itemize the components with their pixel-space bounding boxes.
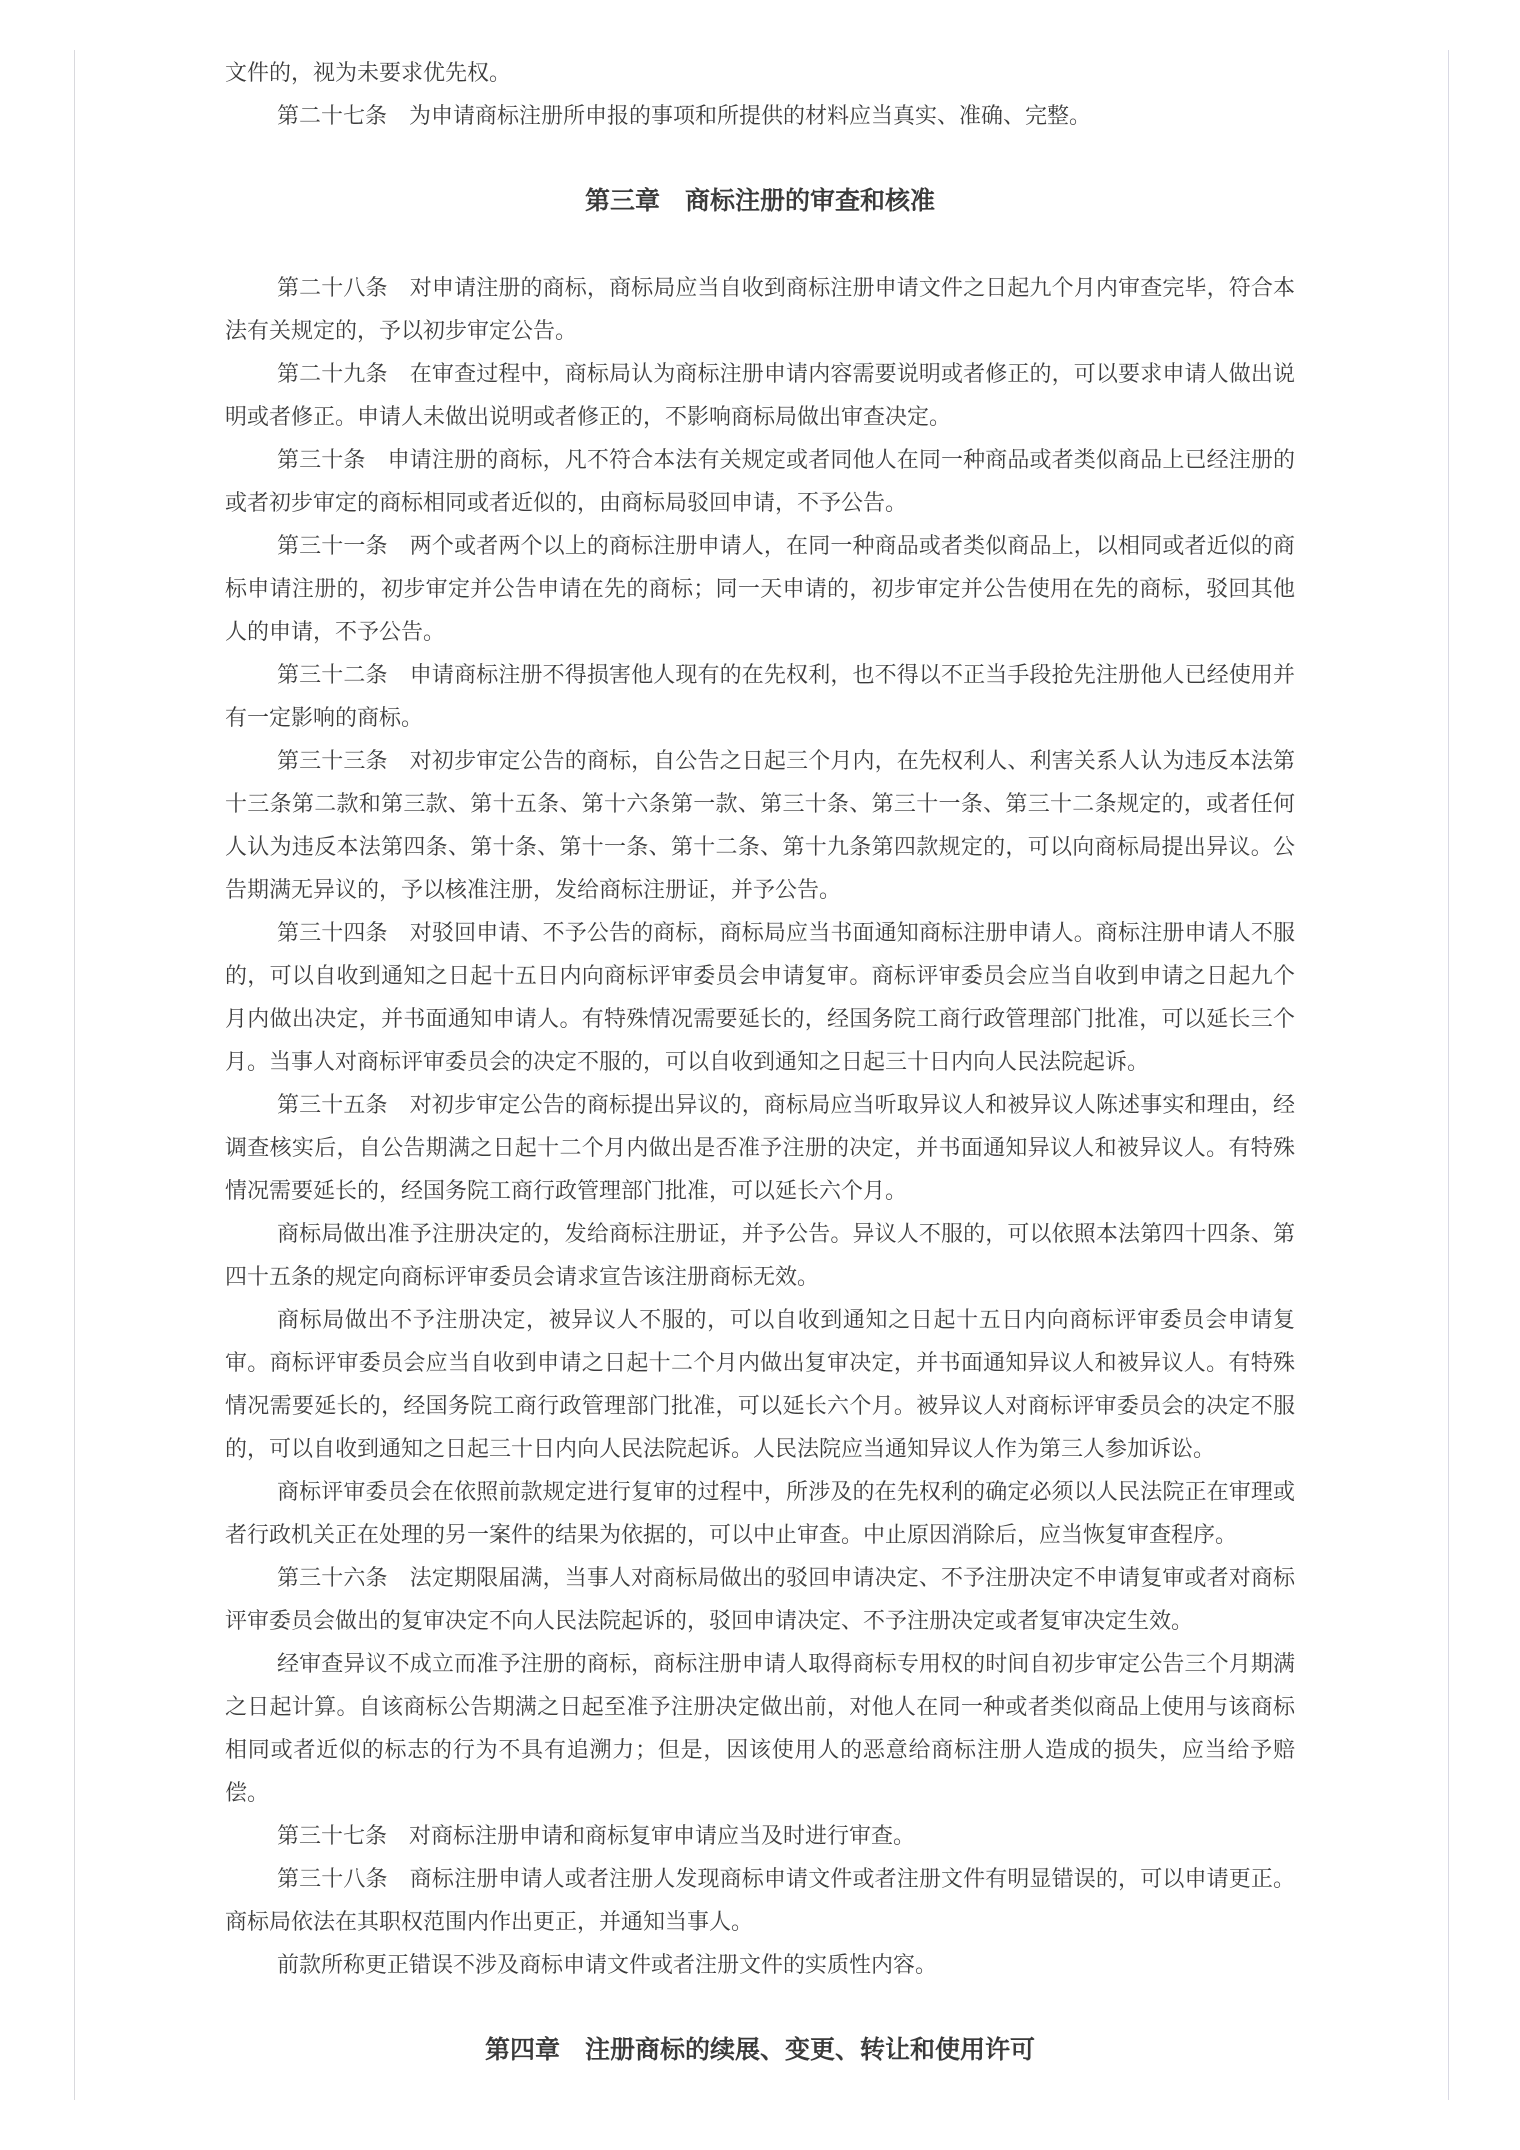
article-28-paragraph: 第二十八条 对申请注册的商标，商标局应当自收到商标注册申请文件之日起九个月内审查… [225, 266, 1295, 352]
article-35-clause-3-paragraph: 商标局做出不予注册决定，被异议人不服的，可以自收到通知之日起十五日内向商标评审委… [225, 1298, 1295, 1470]
paragraph-continuation: 文件的，视为未要求优先权。 [225, 51, 1295, 94]
document-body: 文件的，视为未要求优先权。 第二十七条 为申请商标注册所申报的事项和所提供的材料… [225, 51, 1295, 2115]
article-30-paragraph: 第三十条 申请注册的商标，凡不符合本法有关规定或者同他人在同一种商品或者类似商品… [225, 438, 1295, 524]
article-36-paragraph: 第三十六条 法定期限届满，当事人对商标局做出的驳回申请决定、不予注册决定不申请复… [225, 1556, 1295, 1642]
article-38-paragraph: 第三十八条 商标注册申请人或者注册人发现商标申请文件或者注册文件有明显错误的，可… [225, 1857, 1295, 1943]
article-27-paragraph: 第二十七条 为申请商标注册所申报的事项和所提供的材料应当真实、准确、完整。 [225, 94, 1295, 137]
article-37-paragraph: 第三十七条 对商标注册申请和商标复审申请应当及时进行审查。 [225, 1814, 1295, 1857]
article-38-clause-2-paragraph: 前款所称更正错误不涉及商标申请文件或者注册文件的实质性内容。 [225, 1943, 1295, 1986]
chapter-4-heading: 第四章 注册商标的续展、变更、转让和使用许可 [225, 2029, 1295, 2072]
article-29-paragraph: 第二十九条 在审查过程中，商标局认为商标注册申请内容需要说明或者修正的，可以要求… [225, 352, 1295, 438]
chapter-3-heading: 第三章 商标注册的审查和核准 [225, 180, 1295, 223]
article-35-clause-2-paragraph: 商标局做出准予注册决定的，发给商标注册证，并予公告。异议人不服的，可以依照本法第… [225, 1212, 1295, 1298]
document-page: 文件的，视为未要求优先权。 第二十七条 为申请商标注册所申报的事项和所提供的材料… [0, 0, 1520, 2150]
article-35-paragraph: 第三十五条 对初步审定公告的商标提出异议的，商标局应当听取异议人和被异议人陈述事… [225, 1083, 1295, 1212]
article-31-paragraph: 第三十一条 两个或者两个以上的商标注册申请人，在同一种商品或者类似商品上，以相同… [225, 524, 1295, 653]
article-36-clause-2-paragraph: 经审查异议不成立而准予注册的商标，商标注册申请人取得商标专用权的时间自初步审定公… [225, 1642, 1295, 1814]
article-35-clause-4-paragraph: 商标评审委员会在依照前款规定进行复审的过程中，所涉及的在先权利的确定必须以人民法… [225, 1470, 1295, 1556]
article-33-paragraph: 第三十三条 对初步审定公告的商标，自公告之日起三个月内，在先权利人、利害关系人认… [225, 739, 1295, 911]
article-34-paragraph: 第三十四条 对驳回申请、不予公告的商标，商标局应当书面通知商标注册申请人。商标注… [225, 911, 1295, 1083]
article-32-paragraph: 第三十二条 申请商标注册不得损害他人现有的在先权利，也不得以不正当手段抢先注册他… [225, 653, 1295, 739]
